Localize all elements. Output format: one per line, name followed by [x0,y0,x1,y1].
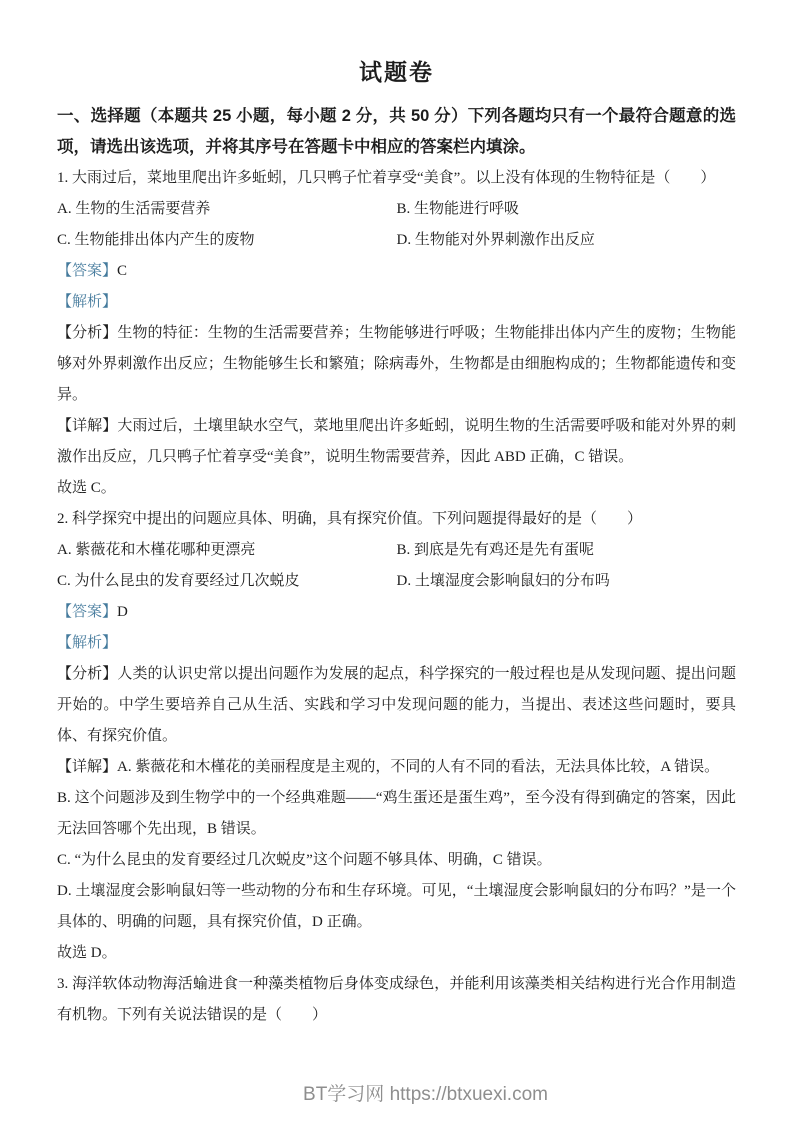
explain-line: 【解析】 [57,287,736,318]
option-b: B. 到底是先有鸡还是先有蛋呢 [397,535,737,566]
option-d: D. 土壤湿度会影响鼠妇的分布吗 [397,566,737,597]
exam-document-page: 试题卷 一、选择题（本题共 25 小题，每小题 2 分，共 50 分）下列各题均… [0,0,793,1122]
option-d: D. 生物能对外界刺激作出反应 [397,225,737,256]
question-stem: 1. 大雨过后，菜地里爬出许多蚯蚓，几只鸭子忙着享受“美食”。以上没有体现的生物… [57,163,736,194]
detail-paragraph-1: 【详解】A. 紫薇花和木槿花的美丽程度是主观的，不同的人有不同的看法，无法具体比… [57,752,736,783]
question-stem: 3. 海洋软体动物海活蝓进食一种藻类植物后身体变成绿色，并能利用该藻类相关结构进… [57,969,736,1031]
answer-value: C [117,263,127,279]
answer-label: 【答案】 [57,604,117,620]
option-a: A. 紫薇花和木槿花哪种更漂亮 [57,535,397,566]
option-c: C. 生物能排出体内产生的废物 [57,225,397,256]
page-title: 试题卷 [57,56,736,88]
explain-label: 【解析】 [57,294,117,310]
question-stem: 2. 科学探究中提出的问题应具体、明确，具有探究价值。下列问题提得最好的是（ ） [57,504,736,535]
answer-line: 【答案】C [57,256,736,287]
section-heading: 一、选择题（本题共 25 小题，每小题 2 分，共 50 分）下列各题均只有一个… [57,101,736,163]
detail-paragraph-4: D. 土壤湿度会影响鼠妇等一些动物的分布和生存环境。可见，“土壤湿度会影响鼠妇的… [57,876,736,938]
question-1: 1. 大雨过后，菜地里爬出许多蚯蚓，几只鸭子忙着享受“美食”。以上没有体现的生物… [57,163,736,504]
options-grid: A. 紫薇花和木槿花哪种更漂亮B. 到底是先有鸡还是先有蛋呢C. 为什么昆虫的发… [57,535,736,597]
questions-container: 1. 大雨过后，菜地里爬出许多蚯蚓，几只鸭子忙着享受“美食”。以上没有体现的生物… [57,163,736,1031]
detail-paragraph-3: C. “为什么昆虫的发育要经过几次蜕皮”这个问题不够具体、明确，C 错误。 [57,845,736,876]
analysis-paragraph: 【分析】人类的认识史常以提出问题作为发展的起点，科学探究的一般过程也是从发现问题… [57,659,736,752]
footer-watermark: BT学习网 https://btxuexi.com [0,1079,793,1106]
explain-label: 【解析】 [57,635,117,651]
option-b: B. 生物能进行呼吸 [397,194,737,225]
detail-paragraph-2: B. 这个问题涉及到生物学中的一个经典难题——“鸡生蛋还是蛋生鸡”，至今没有得到… [57,783,736,845]
option-c: C. 为什么昆虫的发育要经过几次蜕皮 [57,566,397,597]
detail-paragraph-1: 【详解】大雨过后，土壤里缺水空气，菜地里爬出许多蚯蚓，说明生物的生活需要呼吸和能… [57,411,736,473]
explain-line: 【解析】 [57,628,736,659]
conclusion-line: 故选 C。 [57,473,736,504]
options-grid: A. 生物的生活需要营养B. 生物能进行呼吸C. 生物能排出体内产生的废物D. … [57,194,736,256]
conclusion-line: 故选 D。 [57,938,736,969]
option-a: A. 生物的生活需要营养 [57,194,397,225]
answer-value: D [117,604,128,620]
analysis-paragraph: 【分析】生物的特征：生物的生活需要营养；生物能够进行呼吸；生物能排出体内产生的废… [57,318,736,411]
question-2: 2. 科学探究中提出的问题应具体、明确，具有探究价值。下列问题提得最好的是（ ）… [57,504,736,969]
answer-line: 【答案】D [57,597,736,628]
answer-label: 【答案】 [57,263,117,279]
question-3: 3. 海洋软体动物海活蝓进食一种藻类植物后身体变成绿色，并能利用该藻类相关结构进… [57,969,736,1031]
